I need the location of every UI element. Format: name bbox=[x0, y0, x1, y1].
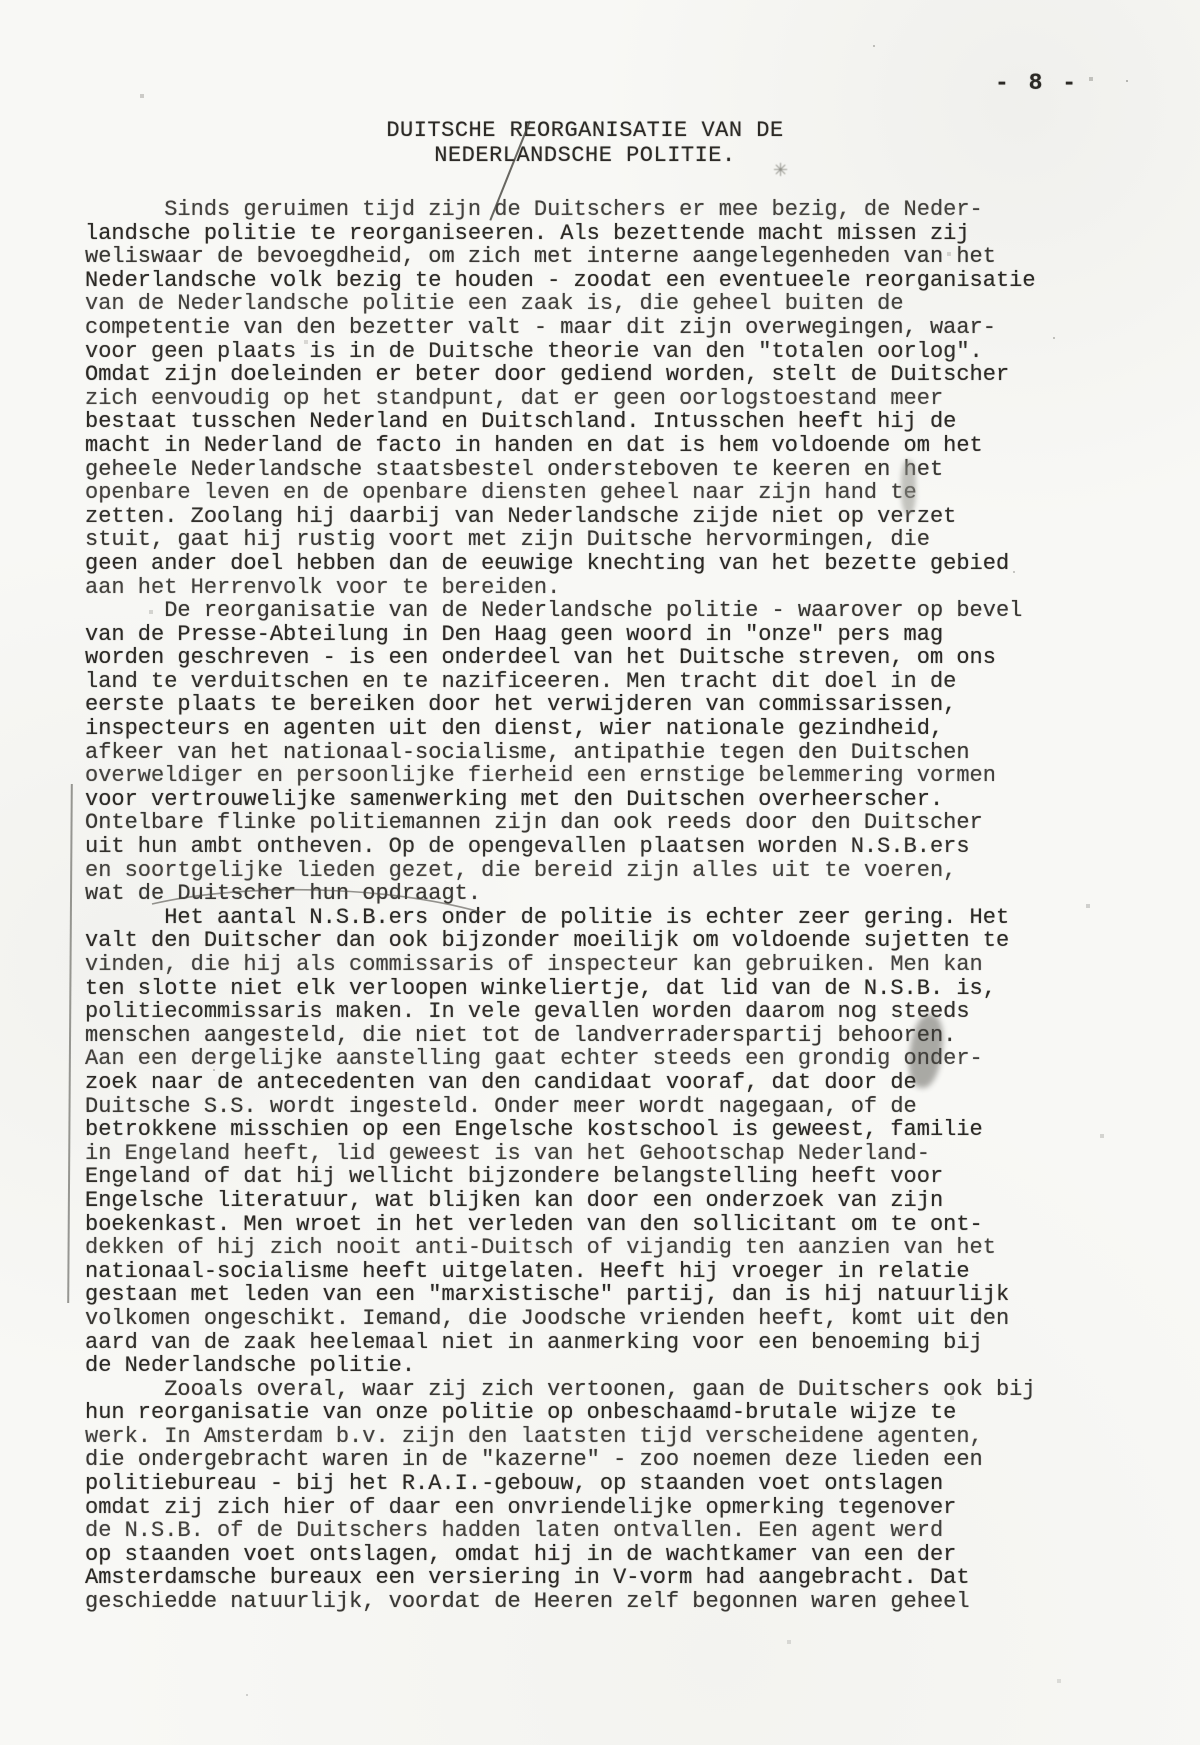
scanned-document-page: - 8 - DUITSCHE REORGANISATIE VAN DE NEDE… bbox=[0, 0, 1200, 1745]
pencil-margin-line bbox=[67, 784, 73, 1303]
title-line-1: DUITSCHE REORGANISATIE VAN DE bbox=[0, 118, 1170, 143]
text-line: Nederlandsche volk bezig te houden - zoo… bbox=[85, 269, 1036, 293]
text-line: betrokkene misschien op een Engelsche ko… bbox=[85, 1118, 1036, 1142]
text-line: de N.S.B. of de Duitschers hadden laten … bbox=[85, 1519, 1036, 1543]
text-line: vinden, die hij als commissaris of inspe… bbox=[85, 953, 1036, 977]
text-line: geschiedde natuurlijk, voordat de Heeren… bbox=[85, 1590, 1036, 1614]
text-line: eerste plaats te bereiken door het verwi… bbox=[85, 693, 1036, 717]
text-line: Aan een dergelijke aanstelling gaat echt… bbox=[85, 1047, 1036, 1071]
text-line: stuit, gaat hij rustig voort met zijn Du… bbox=[85, 528, 1036, 552]
text-line: omdat zij zich hier of daar een onvriend… bbox=[85, 1496, 1036, 1520]
text-line: geheele Nederlandsche staatsbestel onder… bbox=[85, 458, 1036, 482]
text-line: zich eenvoudig op het standpunt, dat er … bbox=[85, 387, 1036, 411]
text-line: op staanden voet ontslagen, omdat hij in… bbox=[85, 1543, 1036, 1567]
title-line-2: NEDERLANDSCHE POLITIE. bbox=[0, 143, 1170, 168]
pen-curve-mark bbox=[148, 882, 488, 922]
paper-speckles bbox=[0, 0, 2, 2]
text-line: Sinds geruimen tijd zijn de Duitschers e… bbox=[85, 198, 1036, 222]
text-line: Engelsche literatuur, wat blijken kan do… bbox=[85, 1189, 1036, 1213]
text-line: werk. In Amsterdam b.v. zijn den laatste… bbox=[85, 1425, 1036, 1449]
ink-cross-smudge: ✳ bbox=[773, 160, 788, 181]
text-line: ten slotte niet elk verloopen winkeliert… bbox=[85, 977, 1036, 1001]
text-line: aard van de zaak heelemaal niet in aanme… bbox=[85, 1331, 1036, 1355]
text-line: openbare leven en de openbare diensten g… bbox=[85, 481, 1036, 505]
page-number: - 8 - bbox=[995, 70, 1079, 96]
text-line: voor geen plaats is in de Duitsche theor… bbox=[85, 340, 1036, 364]
text-line: in Engeland heeft, lid geweest is van he… bbox=[85, 1142, 1036, 1166]
text-line: aan het Herrenvolk voor te bereiden. bbox=[85, 576, 1036, 600]
text-line: die ondergebracht waren in de "kazerne" … bbox=[85, 1448, 1036, 1472]
text-line: worden geschreven - is een onderdeel van… bbox=[85, 646, 1036, 670]
text-line: uit hun ambt ontheven. Op de opengevalle… bbox=[85, 835, 1036, 859]
text-line: geen ander doel hebben dan de eeuwige kn… bbox=[85, 552, 1036, 576]
text-line: Duitsche S.S. wordt ingesteld. Onder mee… bbox=[85, 1095, 1036, 1119]
text-line: afkeer van het nationaal-socialisme, ant… bbox=[85, 741, 1036, 765]
text-line: De reorganisatie van de Nederlandsche po… bbox=[85, 599, 1036, 623]
text-line: menschen aangesteld, die niet tot de lan… bbox=[85, 1024, 1036, 1048]
text-line: dekken of hij zich nooit anti-Duitsch of… bbox=[85, 1236, 1036, 1260]
text-line: de Nederlandsche politie. bbox=[85, 1354, 1036, 1378]
text-line: en soortgelijke lieden gezet, die bereid… bbox=[85, 859, 1036, 883]
text-line: weliswaar de bevoegdheid, om zich met in… bbox=[85, 245, 1036, 269]
text-line: land te verduitschen en te nazificeeren.… bbox=[85, 670, 1036, 694]
text-line: nationaal-socialisme heeft uitgelaten. H… bbox=[85, 1260, 1036, 1284]
text-line: voor vertrouwelijke samenwerking met den… bbox=[85, 788, 1036, 812]
text-line: volkomen ongeschikt. Iemand, die Joodsch… bbox=[85, 1307, 1036, 1331]
text-line: landsche politie te reorganiseeren. Als … bbox=[85, 222, 1036, 246]
text-line: Amsterdamsche bureaux een versiering in … bbox=[85, 1566, 1036, 1590]
text-line: zetten. Zoolang hij daarbij van Nederlan… bbox=[85, 505, 1036, 529]
text-line: overweldiger en persoonlijke fierheid ee… bbox=[85, 764, 1036, 788]
text-line: inspecteurs en agenten uit den dienst, w… bbox=[85, 717, 1036, 741]
text-line: bestaat tusschen Nederland en Duitschlan… bbox=[85, 410, 1036, 434]
text-line: Ontelbare flinke politiemannen zijn dan … bbox=[85, 811, 1036, 835]
text-line: Zooals overal, waar zij zich vertoonen, … bbox=[85, 1378, 1036, 1402]
text-line: Engeland of dat hij wellicht bijzondere … bbox=[85, 1165, 1036, 1189]
text-line: boekenkast. Men wroet in het verleden va… bbox=[85, 1213, 1036, 1237]
text-line: politiebureau - bij het R.A.I.-gebouw, o… bbox=[85, 1472, 1036, 1496]
text-line: macht in Nederland de facto in handen en… bbox=[85, 434, 1036, 458]
ink-smear bbox=[901, 460, 916, 514]
text-line: politiecommissaris maken. In vele gevall… bbox=[85, 1000, 1036, 1024]
text-line: zoek naar de antecedenten van den candid… bbox=[85, 1071, 1036, 1095]
text-line: Omdat zijn doeleinden er beter door gedi… bbox=[85, 363, 1036, 387]
text-line: van de Nederlandsche politie een zaak is… bbox=[85, 292, 1036, 316]
text-line: valt den Duitscher dan ook bijzonder moe… bbox=[85, 929, 1036, 953]
text-line: van de Presse-Abteilung in Den Haag geen… bbox=[85, 623, 1036, 647]
text-line: hun reorganisatie van onze politie op on… bbox=[85, 1401, 1036, 1425]
text-line: gestaan met leden van een "marxistische"… bbox=[85, 1283, 1036, 1307]
document-title: DUITSCHE REORGANISATIE VAN DE NEDERLANDS… bbox=[0, 118, 1170, 168]
text-line: competentie van den bezetter valt - maar… bbox=[85, 316, 1036, 340]
